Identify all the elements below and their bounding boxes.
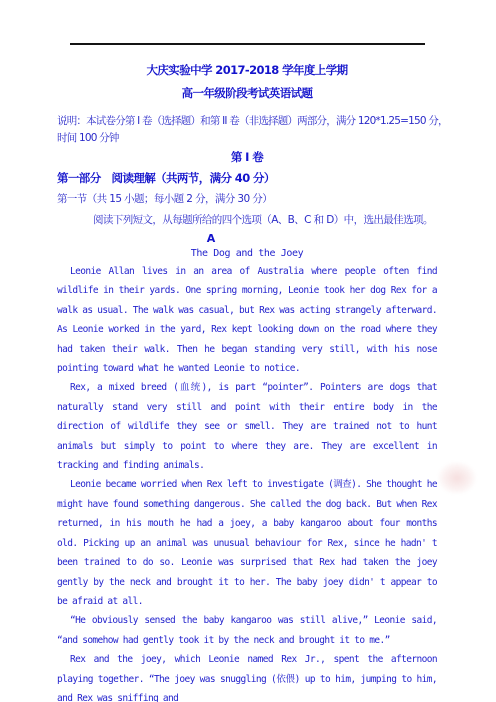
passage-paragraph-2: Rex, a mixed breed (血统), is part “pointe…	[57, 378, 437, 475]
part-1-heading: 第一部分 阅读理解（共两节，满分 40 分）	[57, 171, 437, 185]
passage-paragraph-3: Leonie became worried when Rex left to i…	[57, 475, 437, 611]
school-term-title: 大庆实验中学 2017-2018 学年度上学期	[57, 63, 437, 77]
exam-instructions-line-1: 说明：本试卷分第 I 卷（选择题）和第 II 卷（非选择题）两部分，满分 120…	[57, 113, 437, 130]
volume-1-heading: 第 I 卷	[57, 150, 437, 164]
top-rule	[70, 43, 425, 45]
exam-title: 高一年级阶段考试英语试题	[57, 86, 437, 100]
passage-paragraph-4: “He obviously sensed the baby kangaroo w…	[57, 611, 437, 650]
exam-instructions-line-2: 时间 100 分钟	[57, 130, 437, 147]
exam-page: 大庆实验中学 2017-2018 学年度上学期 高一年级阶段考试英语试题 说明：…	[0, 0, 496, 702]
passage-paragraph-5: Rex and the joey, which Leonie named Rex…	[57, 650, 437, 702]
section-1-heading: 第一节（共 15 小题；每小题 2 分，满分 30 分）	[57, 192, 437, 206]
scan-artifact-mark	[438, 462, 476, 494]
passage-a-body: Leonie Allan lives in an area of Austral…	[57, 262, 437, 702]
directions-text: 阅读下列短文，从每题所给的四个选项（A、B、C 和 D）中，选出最佳选项。	[57, 213, 437, 227]
page-content: 大庆实验中学 2017-2018 学年度上学期 高一年级阶段考试英语试题 说明：…	[57, 63, 437, 702]
passage-a-label: A	[21, 232, 401, 245]
passage-a-title: The Dog and the Joey	[57, 247, 437, 261]
passage-paragraph-1: Leonie Allan lives in an area of Austral…	[57, 262, 437, 378]
